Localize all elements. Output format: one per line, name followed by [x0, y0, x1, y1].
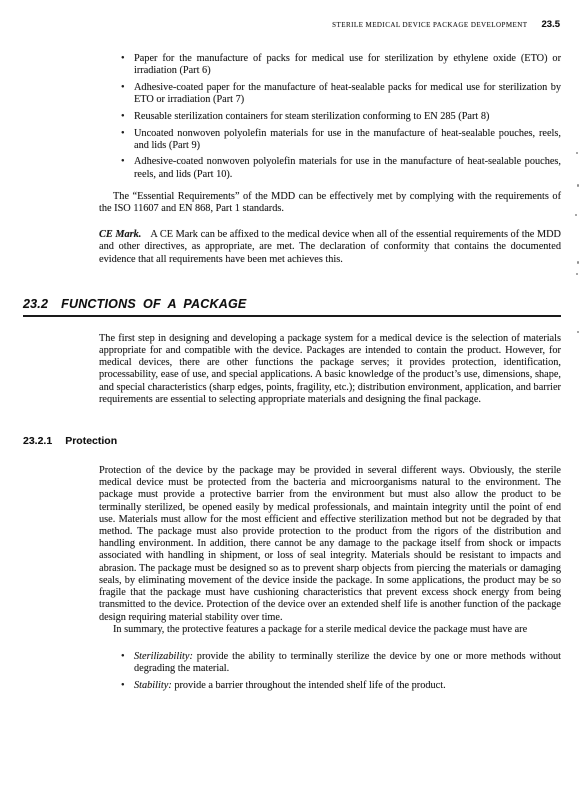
- paragraph-protection-1: Protection of the device by the package …: [99, 465, 561, 624]
- running-header: STERILE MEDICAL DEVICE PACKAGE DEVELOPME…: [332, 19, 560, 30]
- term-stability: Stability:: [134, 680, 172, 691]
- paragraph-protection-summary: In summary, the protective features a pa…: [99, 624, 561, 636]
- list-item: • Sterilizability: provide the ability t…: [99, 651, 561, 675]
- document-page: STERILE MEDICAL DEVICE PACKAGE DEVELOPME…: [0, 0, 581, 800]
- protective-features-bullet-list: • Sterilizability: provide the ability t…: [99, 651, 561, 692]
- ce-mark-text: A CE Mark can be affixed to the medical …: [99, 229, 561, 264]
- list-item: • Reusable sterilization containers for …: [99, 111, 561, 123]
- list-item-text: Sterilizability: provide the ability to …: [134, 651, 561, 675]
- term-sterilizability: Sterilizability:: [134, 651, 193, 662]
- list-item-text: Paper for the manufacture of packs for m…: [134, 53, 561, 77]
- scan-artifact: [576, 152, 578, 154]
- list-item: • Adhesive-coated paper for the manufact…: [99, 82, 561, 106]
- scan-artifact: [576, 273, 578, 275]
- scan-artifact: [577, 261, 579, 264]
- subsection-heading: 23.2.1Protection: [23, 435, 561, 447]
- subsection-title: Protection: [65, 435, 117, 447]
- bullet-icon: •: [121, 82, 125, 94]
- list-item: • Stability: provide a barrier throughou…: [99, 680, 561, 692]
- section-title: FUNCTIONS OF A PACKAGE: [61, 297, 246, 311]
- scan-artifact: [577, 331, 579, 333]
- list-item-text: Uncoated nonwoven polyolefin materials f…: [134, 128, 561, 152]
- bullet-icon: •: [121, 156, 125, 168]
- list-item-text: Stability: provide a barrier throughout …: [134, 680, 561, 692]
- scan-artifact: [577, 184, 579, 187]
- list-item-text: Adhesive-coated paper for the manufactur…: [134, 82, 561, 106]
- page-number: 23.5: [542, 19, 561, 30]
- term-definition: provide the ability to terminally steril…: [134, 651, 561, 674]
- bullet-icon: •: [121, 111, 125, 123]
- running-title: STERILE MEDICAL DEVICE PACKAGE DEVELOPME…: [332, 21, 527, 29]
- paragraph-ce-mark: CE Mark.A CE Mark can be affixed to the …: [99, 229, 561, 266]
- section-number: 23.2: [23, 297, 48, 311]
- section-heading: 23.2FUNCTIONS OF A PACKAGE: [23, 297, 561, 317]
- ce-mark-label: CE Mark.: [99, 229, 141, 240]
- paragraph-essential-requirements: The “Essential Requirements” of the MDD …: [99, 191, 561, 215]
- list-item-text: Adhesive-coated nonwoven polyolefin mate…: [134, 156, 561, 180]
- term-definition: provide a barrier throughout the intende…: [174, 680, 445, 691]
- bullet-icon: •: [121, 651, 125, 663]
- list-item: • Paper for the manufacture of packs for…: [99, 53, 561, 77]
- bullet-icon: •: [121, 128, 125, 140]
- subsection-number: 23.2.1: [23, 435, 52, 447]
- list-item: • Uncoated nonwoven polyolefin materials…: [99, 128, 561, 152]
- paragraph-section-intro: The first step in designing and developi…: [99, 333, 561, 406]
- list-item-text: Reusable sterilization containers for st…: [134, 111, 561, 123]
- list-item: • Adhesive-coated nonwoven polyolefin ma…: [99, 156, 561, 180]
- scan-artifact: [575, 214, 577, 216]
- bullet-icon: •: [121, 53, 125, 65]
- bullet-icon: •: [121, 680, 125, 692]
